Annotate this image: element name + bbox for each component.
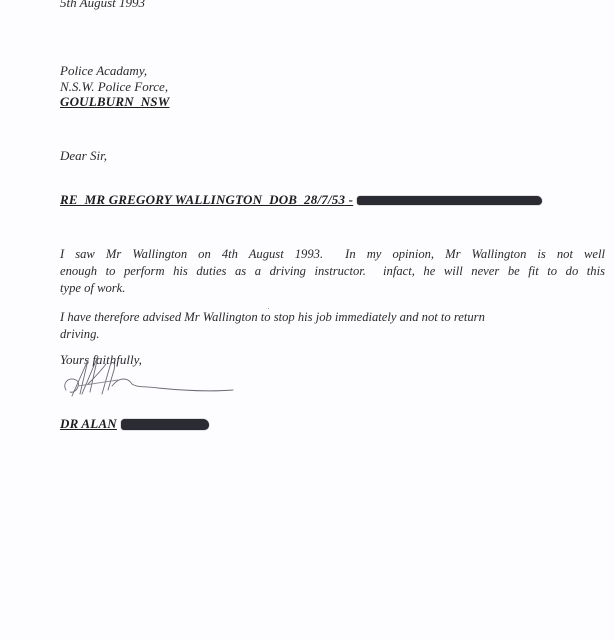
subject-line: RE MR GREGORY WALLINGTON DOB 28/7/53 - [60, 192, 542, 208]
paragraph-2-line-1: I have therefore advised Mr Wallington t… [60, 309, 605, 326]
recipient-address: Police Acadamy, N.S.W. Police Force, GOU… [60, 63, 170, 110]
signoff: DR ALAN [60, 416, 209, 432]
signoff-redaction-bar [121, 419, 209, 430]
signoff-name: DR ALAN [60, 416, 117, 431]
address-line-2: N.S.W. Police Force, [60, 79, 170, 95]
scan-speck [268, 308, 269, 309]
letter-page: 5th August 1993 Police Acadamy, N.S.W. P… [0, 0, 615, 640]
address-city-line: GOULBURN NSW [60, 94, 170, 110]
letter-date: 5th August 1993 [60, 0, 145, 10]
salutation: Dear Sir, [60, 148, 107, 164]
address-line-1: Police Acadamy, [60, 63, 170, 79]
subject-redaction-bar [357, 196, 542, 205]
paragraph-1-line-2: enough to perform his duties as a drivin… [60, 263, 605, 280]
subject-text: RE MR GREGORY WALLINGTON DOB 28/7/53 [60, 192, 345, 207]
paragraph-1-line-1: I saw Mr Wallington on 4th August 1993. … [60, 246, 605, 263]
paragraph-1-line-3: type of work. [60, 280, 605, 297]
signature-icon [58, 350, 238, 402]
paragraph-2-line-2: driving. [60, 326, 605, 343]
subject-dash: - [345, 192, 353, 207]
body-paragraph-2: I have therefore advised Mr Wallington t… [60, 309, 605, 343]
body-paragraph-1: I saw Mr Wallington on 4th August 1993. … [60, 246, 605, 297]
